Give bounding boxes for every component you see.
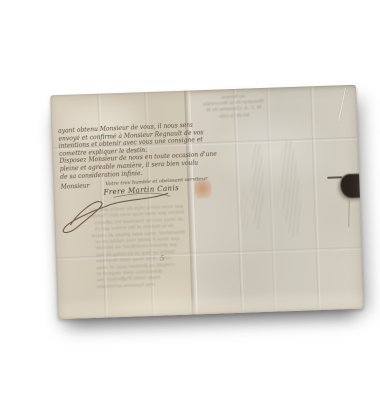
address-showthrough-block: au bureau Monsieur de la Reverende M. C.… (200, 93, 267, 121)
letter-sheet: ayant obtenu Monsieur de vous, il nous s… (50, 85, 364, 320)
photo-backdrop: ayant obtenu Monsieur de vous, il nous s… (0, 0, 380, 420)
ghost-smudge (251, 143, 263, 229)
seal-tear-notch (340, 174, 362, 199)
verso-showthrough-block: que nous avons reçu de vostre part les l… (94, 204, 188, 291)
page-mark: 5 (160, 255, 165, 263)
wax-stain (194, 180, 212, 199)
